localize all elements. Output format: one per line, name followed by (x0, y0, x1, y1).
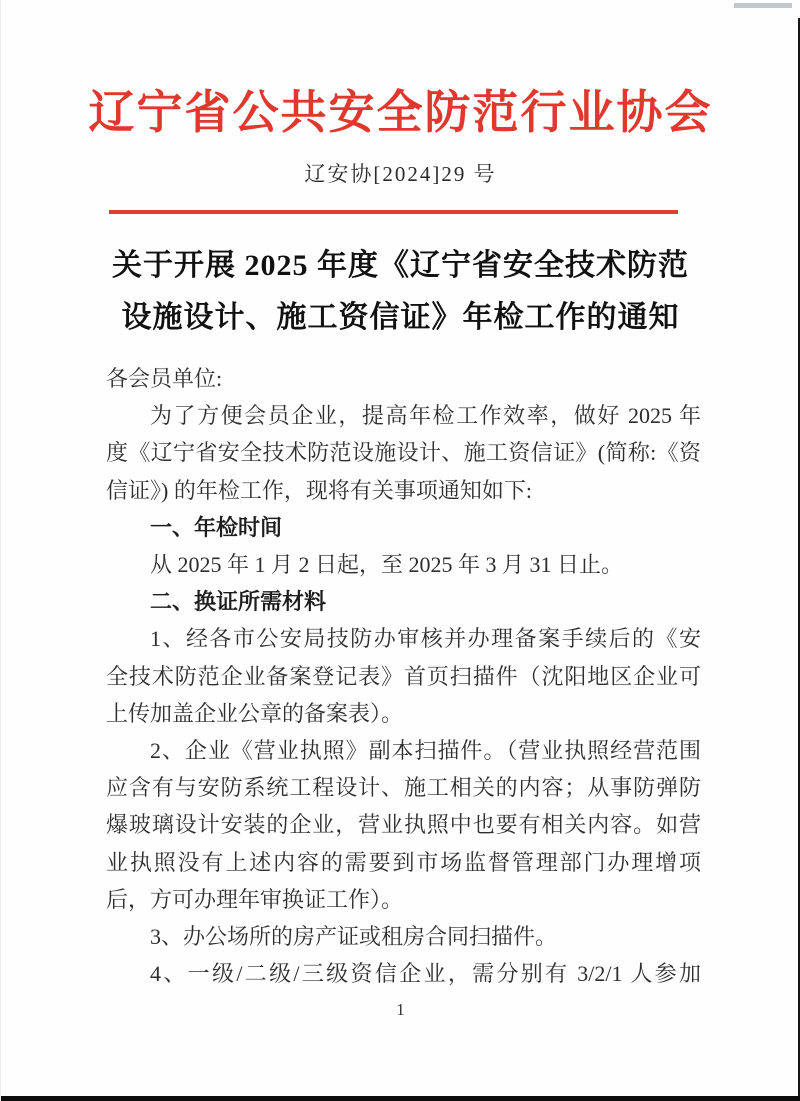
document-title-line-1: 关于开展 2025 年度《辽宁省安全技术防范 (1, 240, 800, 292)
document-body: 各会员单位: 为了方便会员企业，提高年检工作效率，做好 2025 年 度《辽宁省… (106, 360, 701, 992)
body-line: 度《辽宁省安全技术防范设施设计、施工资信证》(简称:《资 (106, 434, 701, 471)
document-title-line-2: 设施设计、施工资信证》年检工作的通知 (1, 292, 800, 344)
red-divider-rule (109, 210, 678, 214)
body-line: 为了方便会员企业，提高年检工作效率，做好 2025 年 (106, 397, 701, 434)
body-line: 4、一级/二级/三级资信企业，需分别有 3/2/1 人参加 (106, 955, 701, 992)
body-line: 爆玻璃设计安装的企业，营业执照中也要有相关内容。如营 (106, 806, 701, 843)
body-line: 上传加盖企业公章的备案表）。 (106, 695, 701, 732)
body-line: 信证》) 的年检工作，现将有关事项通知如下: (106, 472, 701, 509)
page-number: 1 (1, 1000, 800, 1020)
organization-name-header: 辽宁省公共安全防范行业协会 (1, 90, 800, 136)
document-content: 辽宁省公共安全防范行业协会 辽安协[2024]29 号 关于开展 2025 年度… (1, 0, 800, 1020)
body-line: 2、企业《营业执照》副本扫描件。（营业执照经营范围 (106, 732, 701, 769)
section-heading: 二、换证所需材料 (106, 583, 701, 620)
salutation-line: 各会员单位: (106, 360, 701, 397)
body-line: 业执照没有上述内容的需要到市场监督管理部门办理增项 (106, 844, 701, 881)
scan-artifact-bottom-edge (1, 1096, 800, 1101)
body-line: 从 2025 年 1 月 2 日起，至 2025 年 3 月 31 日止。 (106, 546, 701, 583)
body-line: 后，方可办理年审换证工作）。 (106, 881, 701, 918)
document-title: 关于开展 2025 年度《辽宁省安全技术防范 设施设计、施工资信证》年检工作的通… (1, 240, 800, 344)
body-line: 1、经各市公安局技防办审核并办理备案手续后的《安 (106, 620, 701, 657)
scanned-document-page: 辽宁省公共安全防范行业协会 辽安协[2024]29 号 关于开展 2025 年度… (0, 0, 800, 1101)
document-number: 辽安协[2024]29 号 (1, 160, 800, 188)
body-line: 3、办公场所的房产证或租房合同扫描件。 (106, 918, 701, 955)
body-line: 全技术防范企业备案登记表》首页扫描件（沈阳地区企业可 (106, 658, 701, 695)
section-heading: 一、年检时间 (106, 509, 701, 546)
body-line: 应含有与安防系统工程设计、施工相关的内容；从事防弹防 (106, 769, 701, 806)
